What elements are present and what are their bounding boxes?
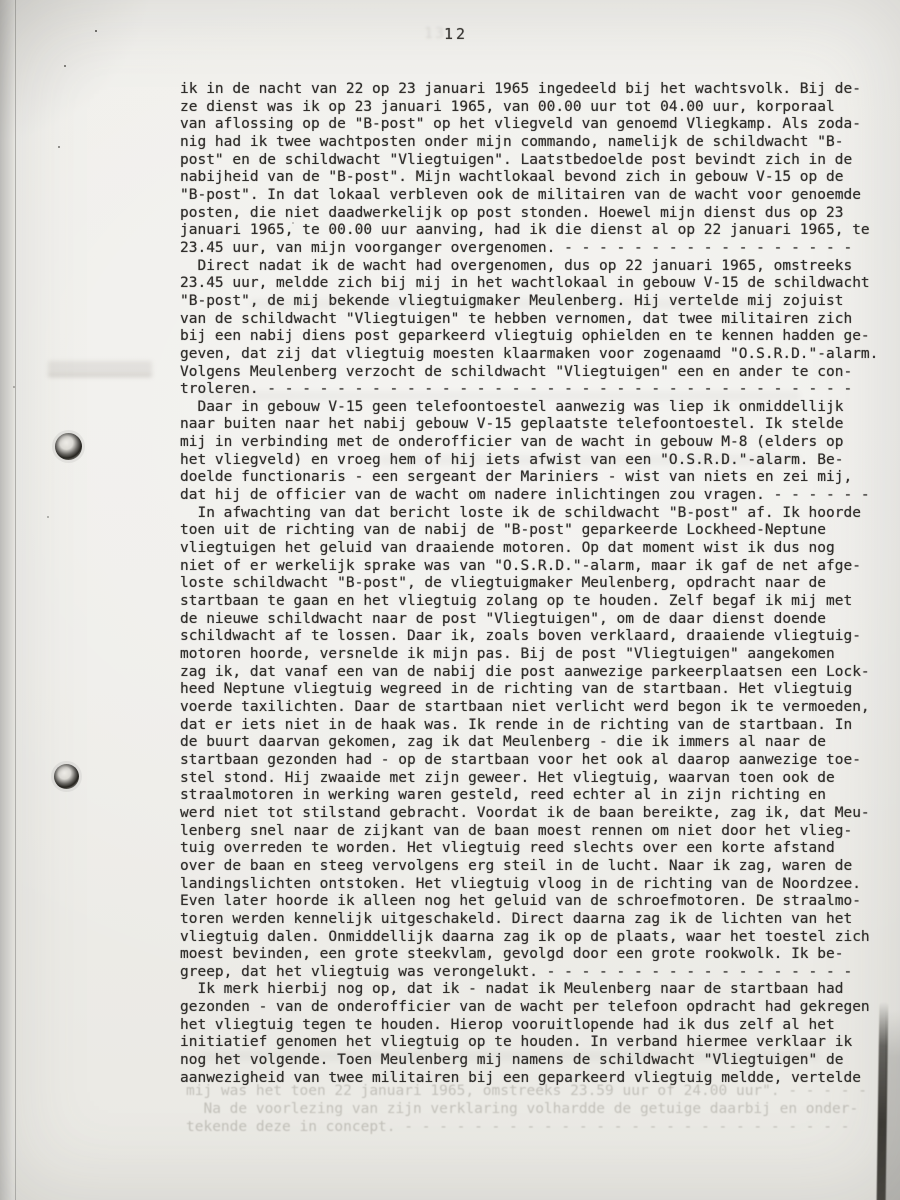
- text-line: loste schildwacht "B-post", de vliegtuig…: [180, 575, 878, 593]
- text-line: "B-post", de mij bekende vliegtuigmaker …: [180, 293, 878, 311]
- text-line: 23.45 uur, meldde zich bij mij in het wa…: [180, 275, 878, 293]
- text-line: toen uit de richting van de nabij de "B-…: [180, 522, 878, 540]
- text-line: moest bevinden, een grote steekvlam, gev…: [180, 946, 878, 964]
- text-line: ik in de nacht van 22 op 23 januari 1965…: [180, 81, 878, 99]
- page-corner-shadow: [0, 0, 160, 140]
- text-line: de buurt daarvan gekomen, zag ik dat Meu…: [180, 734, 878, 752]
- text-line: januari 1965, te 00.00 uur aanving, had …: [180, 222, 878, 240]
- ghost-page-number: 13: [424, 24, 446, 42]
- bleedthrough-text: mij was het toen 22 januari 1965, omstre…: [186, 1083, 867, 1136]
- text-line: mij in verbinding met de onderofficier v…: [180, 434, 878, 452]
- text-line: vliegtuigen het geluid van draaiende mot…: [180, 540, 878, 558]
- text-line: dat hij de officier van de wacht om nade…: [180, 487, 878, 505]
- text-line: Volgens Meulenberg verzocht de schildwac…: [180, 364, 878, 382]
- paper-speck: [95, 30, 97, 32]
- text-line: over de baan en steeg vervolgens erg ste…: [180, 858, 878, 876]
- text-line: doelde functionaris - een sergeant der M…: [180, 469, 878, 487]
- text-line: stel stond. Hij zwaaide met zijn geweer.…: [180, 770, 878, 788]
- text-line: landingslichten ontstoken. Het vliegtuig…: [180, 876, 878, 894]
- text-line: lenberg snel naar de zijkant van de baan…: [180, 823, 878, 841]
- text-line: "B-post". In dat lokaal verbleven ook de…: [180, 187, 878, 205]
- text-line: 23.45 uur, van mijn voorganger overgenom…: [180, 240, 878, 258]
- scanned-document-page: 13 12 ik in de nacht van 22 op 23 januar…: [0, 0, 900, 1200]
- ghost-text-line: tekende deze in concept. - - - - - - - -…: [186, 1119, 867, 1137]
- text-line: startbaan gezonden had - op de startbaan…: [180, 752, 878, 770]
- text-line: de nieuwe schildwacht naar de post "Vlie…: [180, 611, 878, 629]
- text-line: Ik merk hierbij nog op, dat ik - nadat i…: [180, 981, 878, 999]
- text-line: troleren. - - - - - - - - - - - - - - - …: [180, 381, 878, 399]
- text-line: naar buiten naar het nabij gebouw V-15 g…: [180, 416, 878, 434]
- text-line: post" en de schildwacht "Vliegtuigen". L…: [180, 152, 878, 170]
- text-line: het vliegtuig tegen te houden. Hierop vo…: [180, 1017, 878, 1035]
- text-line: van de schildwacht "Vliegtuigen" te hebb…: [180, 311, 878, 329]
- text-line: greep, dat het vliegtuig was verongelukt…: [180, 964, 878, 982]
- punch-hole-bottom: [54, 764, 79, 789]
- text-line: voerde taxilichten. Daar de startbaan ni…: [180, 699, 878, 717]
- text-line: bij een nabij diens post geparkeerd vlie…: [180, 328, 878, 346]
- text-line: het vliegveld) en vroeg hem of hij iets …: [180, 452, 878, 470]
- text-line: tuig overreden te worden. Het vliegtuig …: [180, 840, 878, 858]
- punch-hole-top: [55, 433, 82, 460]
- text-line: geven, dat zij dat vliegtuig moesten kla…: [180, 346, 878, 364]
- text-line: Direct nadat ik de wacht had overgenomen…: [180, 258, 878, 276]
- typewritten-body-text: ik in de nacht van 22 op 23 januari 1965…: [180, 81, 878, 1087]
- text-line: werd niet tot stilstand gebracht. Voorda…: [180, 805, 878, 823]
- text-line: dat er iets niet in de haak was. Ik rend…: [180, 717, 878, 735]
- faint-margin-stamp: [48, 361, 152, 377]
- text-line: vliegtuig dalen. Onmiddellijk daarna zag…: [180, 929, 878, 947]
- text-line: motoren hoorde, versnelde ik mijn pas. B…: [180, 646, 878, 664]
- text-line: zag ik, dat vanaf een van de nabij die p…: [180, 664, 878, 682]
- text-line: toren werden kennelijk uitgeschakeld. Di…: [180, 911, 878, 929]
- text-line: van aflossing op de "B-post" op het vlie…: [180, 116, 878, 134]
- text-line: nig had ik twee wachtposten onder mijn c…: [180, 134, 878, 152]
- ghost-text-line: mij was het toen 22 januari 1965, omstre…: [186, 1083, 867, 1101]
- page-left-edge-shadow: [0, 0, 16, 1200]
- page-number: 12: [444, 25, 468, 43]
- text-line: startbaan te gaan en het vliegtuig zolan…: [180, 593, 878, 611]
- text-line: posten, die niet daadwerkelijk op post s…: [180, 205, 878, 223]
- text-line: nog het volgende. Toen Meulenberg mij na…: [180, 1052, 878, 1070]
- ghost-text-line: Na de voorlezing van zijn verklaring vol…: [186, 1101, 867, 1119]
- text-line: niet of er werkelijk sprake was van "O.S…: [180, 558, 878, 576]
- text-line: Even later hoorde ik alleen nog het gelu…: [180, 893, 878, 911]
- text-line: straalmotoren in werking waren gesteld, …: [180, 787, 878, 805]
- text-line: schildwacht af te lossen. Daar ik, zoals…: [180, 628, 878, 646]
- text-line: initiatief genomen het vliegtuig op te h…: [180, 1034, 878, 1052]
- text-line: gezonden - van de onderofficier van de w…: [180, 999, 878, 1017]
- text-line: ze dienst was ik op 23 januari 1965, van…: [180, 99, 878, 117]
- text-line: heed Neptune vliegtuig wegreed in de ric…: [180, 681, 878, 699]
- text-line: In afwachting van dat bericht loste ik d…: [180, 505, 878, 523]
- text-line: nabijheid van de "B-post". Mijn wachtlok…: [180, 169, 878, 187]
- text-line: Daar in gebouw V-15 geen telefoontoestel…: [180, 399, 878, 417]
